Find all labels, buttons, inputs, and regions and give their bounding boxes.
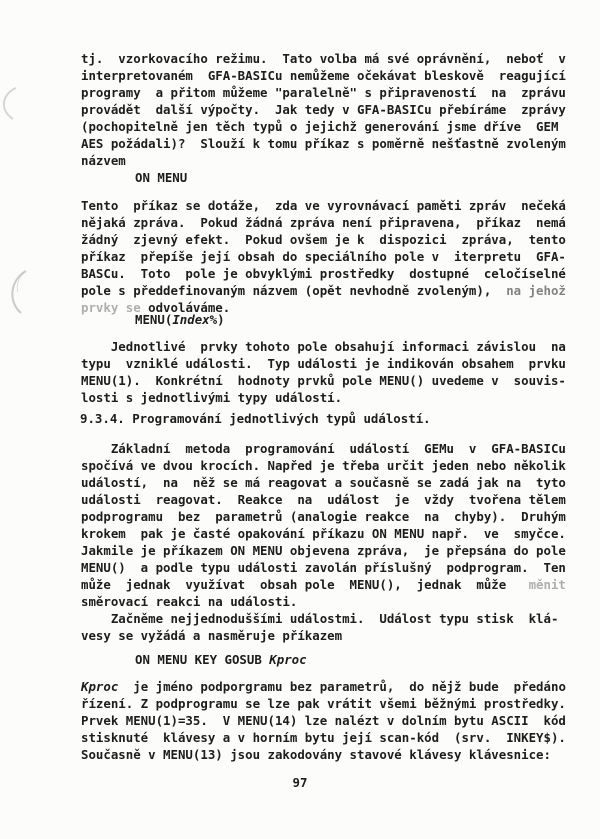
text-line: typu vzniklé události. Typ události je i… — [81, 355, 566, 372]
text-line: losti s jednotlivými typy událostí. — [81, 389, 566, 406]
command-heading: MENU(Index%) — [135, 311, 225, 328]
text-line: může jednak využívat obsah pole MENU(), … — [81, 576, 566, 593]
scanned-document-page: tj. vzorkovacího režimu. Tato volba má s… — [0, 0, 600, 839]
text-line: názvem — [81, 152, 566, 169]
paragraph: tj. vzorkovacího režimu. Tato volba má s… — [81, 50, 566, 169]
text-line: nějaká zpráva. Pokud žádná zpráva není p… — [81, 214, 566, 231]
text-line: pole s předdefinovaným názvem (opět nevh… — [81, 282, 566, 299]
text-line: BASCu. Toto pole je obvyklými prostředky… — [81, 265, 566, 282]
text-line: události reagovat. Reakce na událost je … — [81, 491, 566, 508]
faded-text: na jehož — [506, 283, 566, 298]
text-line: Jakmile je příkazem ON MENU objevena zpr… — [81, 542, 566, 559]
text-line: stisknuté klávesy a v horním bytu její s… — [81, 729, 566, 746]
paragraph: Kproc je jméno podporgramu bez parametrů… — [81, 678, 566, 763]
italic-argument: Index% — [172, 312, 217, 327]
text-line: Základní metoda programování událostí GE… — [81, 440, 566, 457]
paragraph: Základní metoda programování událostí GE… — [81, 440, 566, 644]
command-heading: ON MENU KEY GOSUB Kproc — [135, 651, 307, 668]
text-line: událostí, na něž se má reagovat a součas… — [81, 474, 566, 491]
text-line: tj. vzorkovacího režimu. Tato volba má s… — [81, 50, 566, 67]
command-heading: ON MENU — [135, 169, 187, 186]
text-line: Začněme nejjednoduššími událostmi. Událo… — [81, 610, 566, 627]
text-line: Tento příkaz se dotáže, zda ve vyrovnáva… — [81, 197, 566, 214]
text-line: podprogramu bez parametrů (analogie reak… — [81, 508, 566, 525]
text-line: interpretovaném GFA-BASICu nemůžeme oček… — [81, 67, 566, 84]
text-line: spočívá ve dvou krocích. Napřed je třeba… — [81, 457, 566, 474]
text-line: programy a přitom můžeme "paralelně" s p… — [81, 84, 566, 101]
text-line: krokem pak je časté opakování příkazu ON… — [81, 525, 566, 542]
text-line: provádět další výpočty. Jak tedy v GFA-B… — [81, 101, 566, 118]
text-line: (pochopitelně jen těch typů o jejichž ge… — [81, 118, 566, 135]
text-line: řízení. Z podprogramu se lze pak vrátit … — [81, 695, 566, 712]
text-line: AES požádali)? Slouží k tomu příkaz s po… — [81, 135, 566, 152]
section-heading: 9.3.4. Programování jednotlivých typů ud… — [80, 410, 431, 427]
page-number: 97 — [0, 775, 600, 791]
text-line: MENU() a podle typu události zavolán pří… — [81, 559, 566, 576]
text-line: Jednotlivé prvky tohoto pole obsahují in… — [81, 338, 566, 355]
text-line: Kproc je jméno podporgramu bez parametrů… — [81, 678, 566, 695]
text-line: žádný zjevný efekt. Pokud ovšem je k dis… — [81, 231, 566, 248]
faded-text: měnit — [529, 577, 566, 592]
italic-argument: Kproc — [81, 679, 118, 694]
text-line: Současně v MENU(13) jsou zakodovány stav… — [81, 746, 566, 763]
text-line: příkaz přepíše její obsah do speciálního… — [81, 248, 566, 265]
paragraph: Jednotlivé prvky tohoto pole obsahují in… — [81, 338, 566, 406]
text-line: vesy se vyžádá a nasměruje příkazem — [81, 627, 566, 644]
paragraph: Tento příkaz se dotáže, zda ve vyrovnáva… — [81, 197, 566, 316]
text-line: Prvek MENU(1)=35. V MENU(14) lze nalézt … — [81, 712, 566, 729]
italic-argument: Kproc — [269, 652, 306, 667]
text-line: směrovací reakci na události. — [81, 593, 566, 610]
text-line: MENU(1). Konkrétní hodnoty prvků pole ME… — [81, 372, 566, 389]
